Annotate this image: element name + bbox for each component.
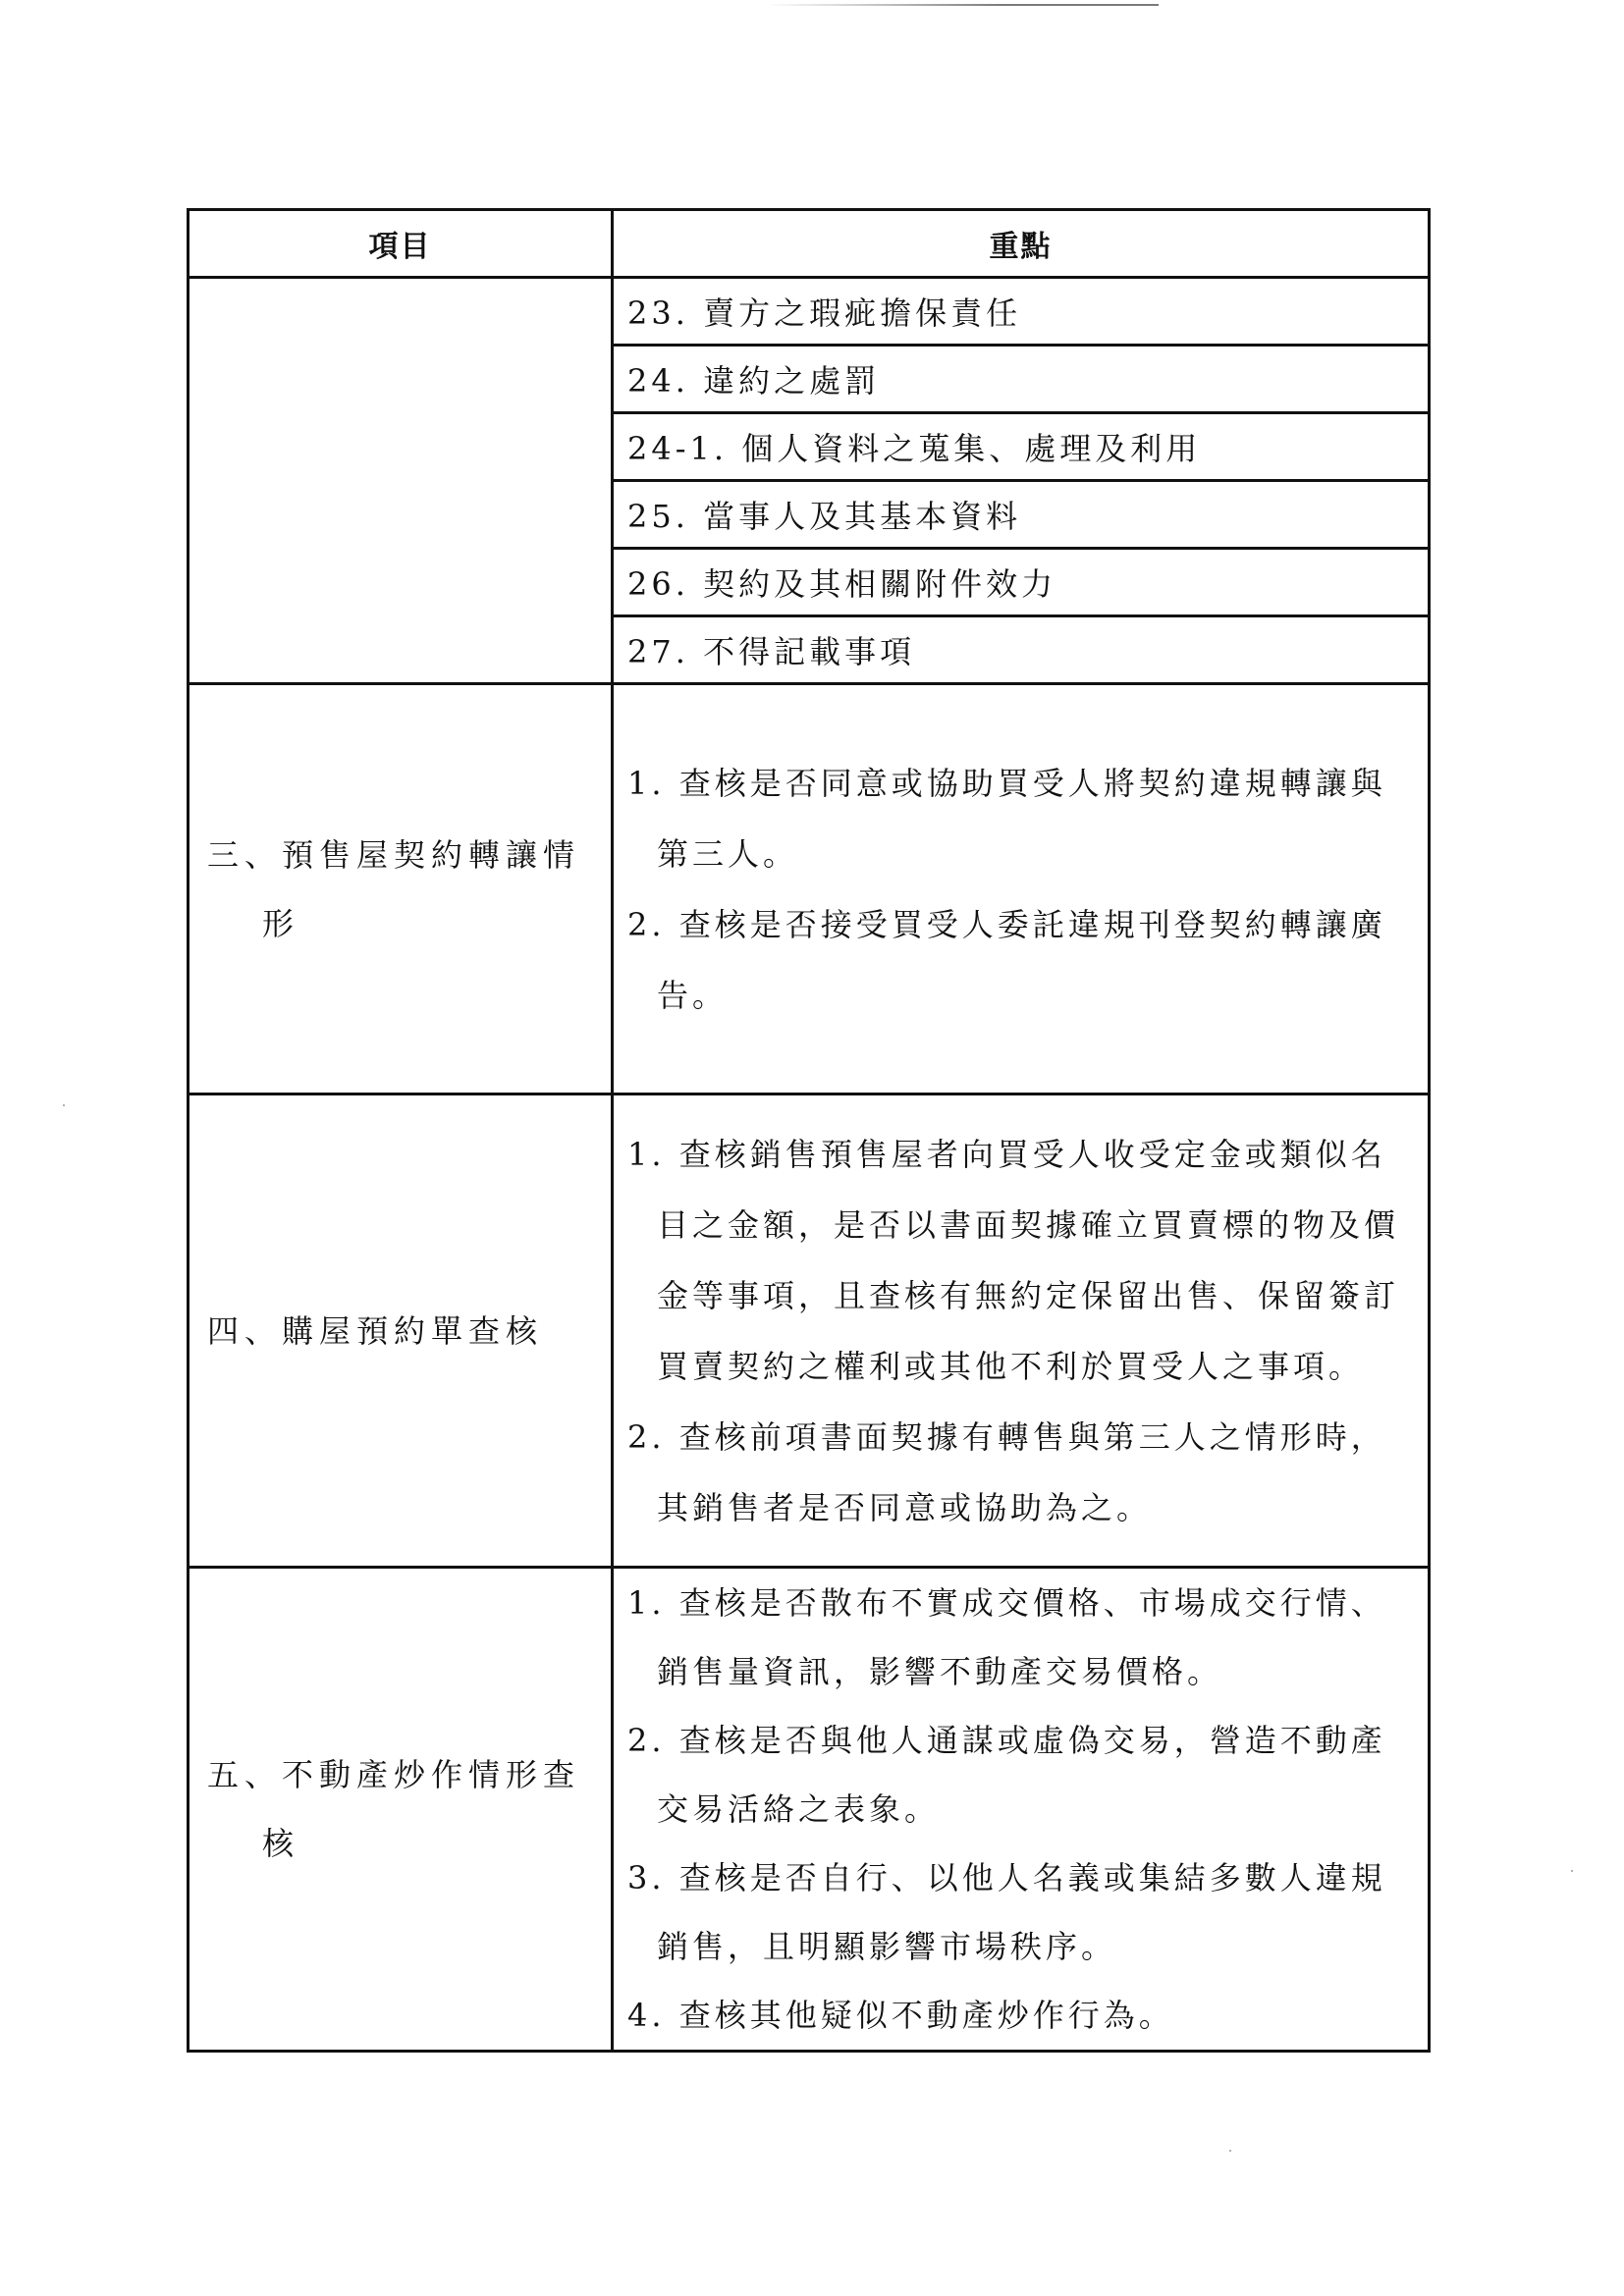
section-label: 三、預售屋契約轉讓情 形 bbox=[189, 684, 613, 1095]
scan-speck bbox=[63, 1104, 65, 1106]
point-item: 4. 查核其他疑似不動產炒作行為。 bbox=[627, 1981, 1418, 2050]
continued-item-label-cell bbox=[189, 278, 613, 684]
section-points: 1. 查核是否散布不實成交價格、市場成交行情、銷售量資訊，影響不動產交易價格。 … bbox=[613, 1568, 1430, 2052]
point-item: 1. 查核銷售預售屋者向買受人收受定金或類似名目之金額，是否以書面契據確立買賣標… bbox=[627, 1119, 1418, 1402]
section-label-line1: 五、不動產炒作情形查 bbox=[207, 1756, 580, 1793]
section-purchase-reservation-check: 四、購屋預約單查核 1. 查核銷售預售屋者向買受人收受定金或類似名目之金額，是否… bbox=[189, 1095, 1430, 1568]
section-label-line1: 三、預售屋契約轉讓情 bbox=[207, 836, 580, 874]
section-points: 1. 查核是否同意或協助買受人將契約違規轉讓與第三人。 2. 查核是否接受買受人… bbox=[613, 684, 1430, 1095]
table-row: 23. 賣方之瑕疵擔保責任 bbox=[189, 278, 1430, 346]
continued-point: 25. 當事人及其基本資料 bbox=[613, 481, 1430, 549]
continued-point: 26. 契約及其相關附件效力 bbox=[613, 549, 1430, 616]
section-label-line2: 形 bbox=[207, 889, 601, 958]
scan-artifact-top bbox=[766, 4, 1159, 6]
continued-point: 27. 不得記載事項 bbox=[613, 616, 1430, 684]
section-label: 五、不動產炒作情形查 核 bbox=[189, 1568, 613, 2052]
scan-speck bbox=[1571, 1870, 1573, 1872]
point-item: 2. 查核是否接受買受人委託違規刊登契約轉讓廣告。 bbox=[627, 889, 1418, 1031]
point-item: 2. 查核是否與他人通謀或虛偽交易，營造不動產交易活絡之表象。 bbox=[627, 1706, 1418, 1843]
point-item: 2. 查核前項書面契據有轉售與第三人之情形時，其銷售者是否同意或協助為之。 bbox=[627, 1402, 1418, 1543]
header-key-points: 重點 bbox=[613, 210, 1430, 278]
section-label-line2: 核 bbox=[207, 1809, 601, 1878]
continued-point: 24-1. 個人資料之蒐集、處理及利用 bbox=[613, 413, 1430, 481]
table-header-row: 項目 重點 bbox=[189, 210, 1430, 278]
inspection-checklist-table: 項目 重點 23. 賣方之瑕疵擔保責任 24. 違約之處罰 24-1. 個人資料… bbox=[187, 208, 1431, 2053]
section-points: 1. 查核銷售預售屋者向買受人收受定金或類似名目之金額，是否以書面契據確立買賣標… bbox=[613, 1095, 1430, 1568]
continued-point: 23. 賣方之瑕疵擔保責任 bbox=[613, 278, 1430, 346]
header-item: 項目 bbox=[189, 210, 613, 278]
point-item: 1. 查核是否散布不實成交價格、市場成交行情、銷售量資訊，影響不動產交易價格。 bbox=[627, 1569, 1418, 1706]
section-presale-contract-transfer: 三、預售屋契約轉讓情 形 1. 查核是否同意或協助買受人將契約違規轉讓與第三人。… bbox=[189, 684, 1430, 1095]
point-item: 1. 查核是否同意或協助買受人將契約違規轉讓與第三人。 bbox=[627, 748, 1418, 889]
section-label-line1: 四、購屋預約單查核 bbox=[207, 1312, 543, 1350]
section-real-estate-speculation-check: 五、不動產炒作情形查 核 1. 查核是否散布不實成交價格、市場成交行情、銷售量資… bbox=[189, 1568, 1430, 2052]
scan-speck bbox=[1229, 2150, 1231, 2152]
point-item: 3. 查核是否自行、以他人名義或集結多數人違規銷售，且明顯影響市場秩序。 bbox=[627, 1843, 1418, 1981]
continued-point: 24. 違約之處罰 bbox=[613, 346, 1430, 413]
section-label: 四、購屋預約單查核 bbox=[189, 1095, 613, 1568]
